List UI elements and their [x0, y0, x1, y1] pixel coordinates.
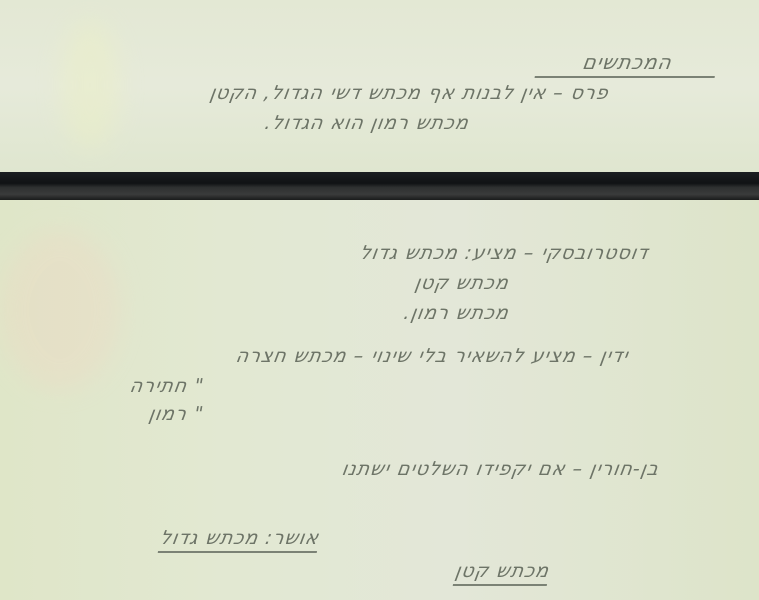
paper-stain [60, 20, 120, 150]
page-fold-divider [0, 172, 759, 200]
handwritten-line: מכתש רמון הוא הגדול. [263, 112, 471, 134]
handwritten-line-underlined: מכתש קטן [453, 560, 552, 586]
handwritten-line: " רמון [147, 403, 206, 425]
handwritten-line: מכתש קטן [413, 272, 511, 294]
paper-stain [0, 230, 120, 390]
handwritten-line: מכתש רמון. [402, 302, 511, 324]
handwritten-line: " חתירה [128, 375, 206, 397]
handwritten-line: ידין – מציע להשאיר בלי שינוי – מכתש חצרה [235, 345, 631, 367]
handwritten-line: בן-חורין – אם יקפידו השלטים ישתנו [340, 458, 661, 480]
document-title: המכתשים [535, 50, 720, 78]
handwritten-line: דוסטרובסקי – מציע: מכתש גדול [358, 242, 650, 264]
handwritten-line: פרס – אין לבנות אף מכתש דשי הגדול, הקטן [208, 82, 611, 104]
handwritten-line-underlined: אושר: מכתש גדול [158, 527, 321, 553]
